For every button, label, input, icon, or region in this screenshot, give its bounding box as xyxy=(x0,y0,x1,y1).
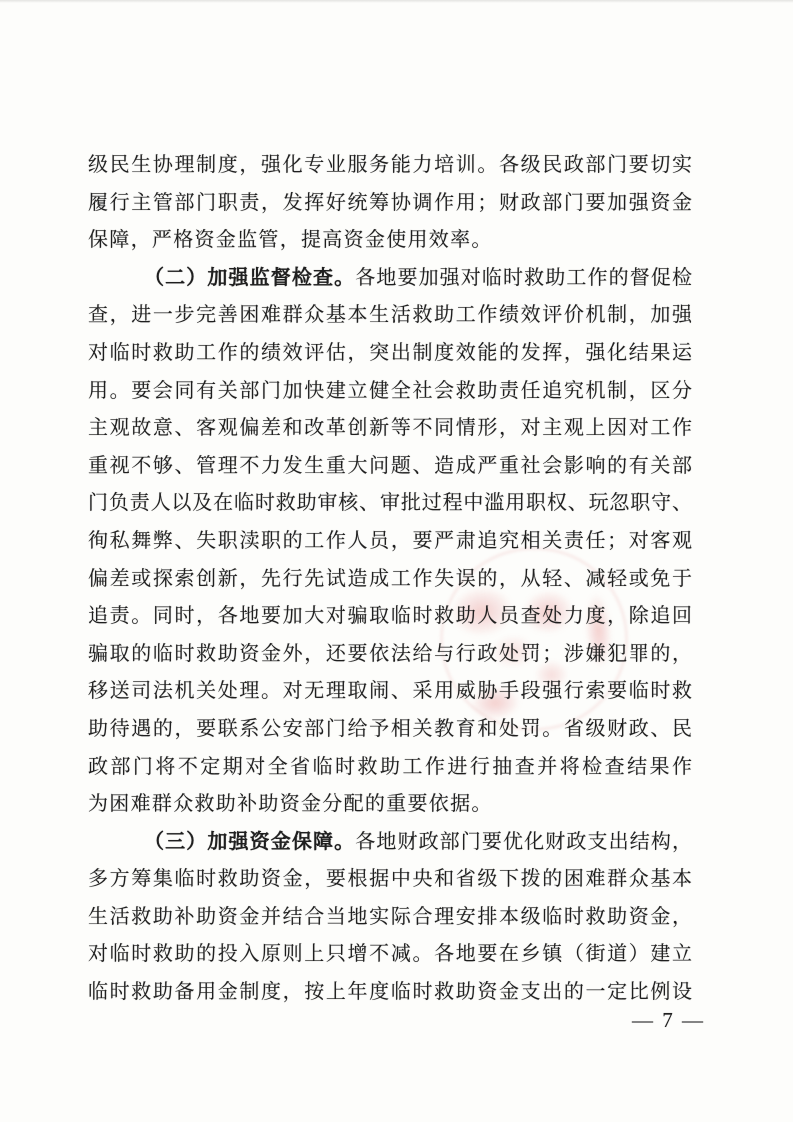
text-line: 为困难群众救助补助资金分配的重要依据。 xyxy=(88,786,692,824)
text-line: 主观故意、客观偏差和改革创新等不同情形，对主观上因对工作 xyxy=(88,410,692,448)
text-line: 移送司法机关处理。对无理取闹、采用威胁手段强行索要临时救 xyxy=(88,673,692,711)
text-line: 用。要会同有关部门加快建立健全社会救助责任追究机制，区分 xyxy=(88,373,692,411)
text-line: 保障，严格资金监管，提高资金使用效率。 xyxy=(88,222,692,260)
text-line: 对临时救助工作的绩效评估，突出制度效能的发挥，强化结果运 xyxy=(88,335,692,373)
text-line: 临时救助备用金制度，按上年度临时救助资金支出的一定比例设 xyxy=(88,974,692,1012)
text-line: 政部门将不定期对全省临时救助工作进行抽查并将检查结果作 xyxy=(88,749,692,787)
text-line: 重视不够、管理不力发生重大问题、造成严重社会影响的有关部 xyxy=(88,448,692,486)
page-number: — 7 — xyxy=(632,1008,705,1033)
document-page: 级民生协理制度，强化专业服务能力培训。各级民政部门要切实履行主管部门职责，发挥好… xyxy=(0,0,793,1122)
text-line: 徇私舞弊、失职渎职的工作人员，要严肃追究相关责任；对客观 xyxy=(88,523,692,561)
text-line: 助待遇的，要联系公安部门给予相关教育和处罚。省级财政、民 xyxy=(88,711,692,749)
text-line: 履行主管部门职责，发挥好统筹协调作用；财政部门要加强资金 xyxy=(88,185,692,223)
section-heading-bold: （二）加强监督检查。 xyxy=(144,267,355,289)
text-line: 门负责人以及在临时救助审核、审批过程中滥用职权、玩忽职守、 xyxy=(88,485,692,523)
text-line: 级民生协理制度，强化专业服务能力培训。各级民政部门要切实 xyxy=(88,147,692,185)
text-line: 骗取的临时救助资金外，还要依法给与行政处罚；涉嫌犯罪的， xyxy=(88,636,692,674)
text-line: 查，进一步完善困难群众基本生活救助工作绩效评价机制，加强 xyxy=(88,297,692,335)
text-line: 对临时救助的投入原则上只增不减。各地要在乡镇（街道）建立 xyxy=(88,936,692,974)
body-text: 级民生协理制度，强化专业服务能力培训。各级民政部门要切实履行主管部门职责，发挥好… xyxy=(88,147,692,1012)
text-line: 生活救助补助资金并结合当地实际合理安排本级临时救助资金， xyxy=(88,899,692,937)
section-heading-line: （三）加强资金保障。各地财政部门要优化财政支出结构， xyxy=(88,824,692,862)
text-line: 追责。同时，各地要加大对骗取临时救助人员查处力度，除追回 xyxy=(88,598,692,636)
section-heading-line: （二）加强监督检查。各地要加强对临时救助工作的督促检 xyxy=(88,260,692,298)
text-line: 多方筹集临时救助资金，要根据中央和省级下拨的困难群众基本 xyxy=(88,861,692,899)
section-heading-bold: （三）加强资金保障。 xyxy=(144,831,355,853)
text-line: 偏差或探索创新，先行先试造成工作失误的，从轻、减轻或免于 xyxy=(88,561,692,599)
